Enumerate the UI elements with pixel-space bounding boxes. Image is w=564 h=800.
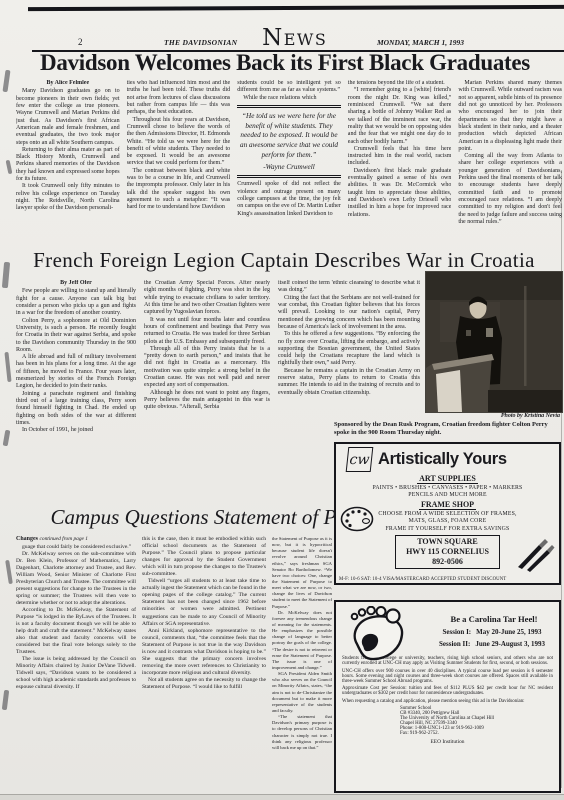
continued-from-note: Changes continued from page 1 [16,536,136,544]
paragraph: According to Dr. McKelway, the Statement… [16,607,136,656]
paragraph: Coming all the way from Atlanta to share… [458,153,562,226]
paragraph: Colton Perry, a sophomore at Old Dominio… [16,318,136,355]
article-column: this is the case, then it must be embodi… [142,536,266,794]
newspaper-page: 2 THE DAVIDSONIAN NEWS MONDAY, MARCH 1, … [0,0,564,800]
paragraph: Davidson's first black male graduate eve… [348,168,452,219]
paragraph: When requesting a catalog and applicatio… [342,699,553,704]
paragraph: Because he remains a captain in the Croa… [278,368,420,397]
article-column: By Alice Felmlee Many Davidson graduates… [16,80,120,247]
eeo-note: EEO Institution [342,739,553,745]
paragraph: Not all students agree on the necessity … [142,677,266,691]
paragraph: Although he does not want to point any f… [144,390,270,412]
tar-heel-foot-icon [343,606,409,664]
byline: By Alice Felmlee [16,80,120,87]
paragraph: the Croatian Army Special Forces. After … [144,280,270,317]
paragraph: Many Davidson graduates go on to become … [16,88,120,147]
pull-quote: “He told us we were here for the benefit… [237,105,341,178]
article-column: the Croatian Army Special Forces. After … [144,280,270,506]
monogram-text: cw [349,452,371,468]
paragraph: To this he offered a few suggestions. “B… [278,331,420,368]
ad-title: Artistically Yours [378,450,507,469]
paragraph: Few people are willing to stand up and l… [16,288,136,317]
paragraph: Citing the fact that the Serbians are no… [278,295,420,332]
cw-monogram-icon: cw [346,447,374,472]
paragraph: the Statement of Purpose as it is now, b… [272,536,332,610]
paragraph: A life abroad and full of military invol… [16,354,136,391]
paragraph: “The statement that Davidson's primary p… [272,714,332,751]
address-box: TOWN SQUARE HWY 115 CORNELIUS 892-0506 [395,535,500,569]
article-column: By Jeff Ofer Few people are willing to s… [16,280,136,506]
session-label: Session II: [439,640,470,648]
session-dates: June 29-August 3, 1993 [475,640,545,648]
paragraph: Tidwell “urges all students to at least … [142,578,266,627]
paragraph: guage that could fairly be considered ex… [16,544,136,551]
paragraph: Throughout his four years at Davidson, C… [127,117,231,168]
byline: By Jeff Ofer [16,280,136,287]
continued-label: Changes [16,536,38,542]
page-number: 2 [78,37,83,47]
ad-title: Be a Carolina Tar Heel! [430,614,558,624]
paint-brushes-icon [515,538,555,572]
phone-number: 892-0506 [406,557,489,567]
masthead: 2 THE DAVIDSONIAN NEWS MONDAY, MARCH 1, … [32,28,564,52]
article-column: Marian Perkins shared many themes with C… [458,80,562,247]
paragraph: Dr. McKelway serves on the sub-committee… [16,551,136,607]
photo-credit: Photo by Kristina Nevia [426,413,560,419]
paragraph: Returning to their alma mater as part of… [16,147,120,184]
article-black-graduates: By Alice Felmlee Many Davidson graduates… [16,80,562,247]
paragraph: Approximate Cost per Session: tuition an… [342,686,553,696]
paragraph: The issue is being addressed by the Coun… [16,656,136,691]
paragraph: Fax: 919-962-2752. [400,731,553,736]
paragraph: Marian Perkins shared many themes with C… [458,80,562,153]
paragraph: students could be so intelligent yet so … [237,80,341,95]
paragraph: UNC-CH offers over 900 courses in over 4… [342,669,553,684]
scan-artifact [3,430,11,447]
column-text: students could be so intelligent yet so … [237,80,341,102]
paragraph: SGA President Alden Smith who also serve… [272,671,332,714]
paragraph: Crumwell feels that his time here instru… [348,146,452,168]
continued-note: continued from page 1 [40,536,88,542]
paragraph: While the race relations which [237,95,341,102]
session-dates: May 20-June 25, 1993 [476,628,541,636]
ad-artistically-yours: cw Artistically Yours ART SUPPLIES PAINT… [334,442,561,585]
hours-line: M-F: 10-6 SAT: 10-4 VISA/MASTERCARD ACCE… [339,577,556,582]
address-line: TOWN SQUARE [406,537,489,547]
scan-edge-top [28,5,564,11]
article-column: the Statement of Purpose as it is now, b… [272,536,332,794]
scan-artifact [2,690,9,710]
column-text: Crumwell spoke of did not reflect the vi… [237,181,341,218]
article-column: Changes continued from page 1 guage that… [16,536,136,794]
paragraph: Through all of this Perry insists that h… [144,346,270,390]
paper-name: THE DAVIDSONIAN [164,38,237,47]
scan-artifact [5,560,13,584]
scan-artifact [4,352,11,382]
ad-unc-summer-school: Be a Carolina Tar Heel! Session I: May 2… [334,600,561,793]
session-label: Session I: [443,628,472,636]
paragraph: this is the case, then it must be embodi… [142,536,266,578]
section-title: NEWS [262,25,327,51]
session-2: Session II: June 29-August 3, 1993 [422,640,562,648]
photo-illustration [426,272,562,412]
scan-edge-bottom [0,794,564,800]
headline-legion-captain: French Foreign Legion Captain Describes … [4,248,564,273]
paragraph: “I remember going to a [white] friend's … [348,87,452,146]
session-1: Session I: May 20-June 25, 1993 [422,628,562,636]
paragraph: It was not until four months later and c… [144,317,270,346]
ad-line: PAINTS • BRUSHES • CANVASES • PAPER • MA… [341,485,554,491]
article-column: students could be so intelligent yet so … [237,80,341,247]
croatia-speaker-photo [426,272,562,412]
paragraph: In October of 1991, he joined [16,427,136,434]
paragraph: itself coined the term 'ethnic cleansing… [278,280,420,295]
paragraph: ties who had influenced him most and the… [127,80,231,117]
ad-line: PENCILS AND MUCH MORE [341,492,554,498]
photo-caption: Sponsored by the Dean Rusk Program, Croa… [334,421,562,438]
paragraph: Dr. McKelway does not foresee any tremen… [272,610,332,671]
paragraph: Anni Kirkland, sophomore representative … [142,628,266,677]
pull-quote-attribution: -Wayne Crumwell [238,163,340,173]
ad-address-block: Summer SchoolCB #3340, 200 Pettigrew Hal… [400,706,553,736]
pull-quote-text: “He told us we were here for the benefit… [238,112,340,161]
paragraph: The contrast between black and white was… [127,168,231,212]
paragraph: Crumwell spoke of did not reflect the vi… [237,181,341,218]
address-line: HWY 115 CORNELIUS [406,547,489,557]
issue-date: MONDAY, MARCH 1, 1993 [377,38,464,47]
headline-black-graduates: Davidson Welcomes Back its First Black G… [8,50,562,76]
paragraph: It took Crumwell only fifty minutes to r… [16,183,120,212]
palette-icon [340,506,374,532]
scan-artifact [6,160,13,175]
art-supplies-heading: ART SUPPLIES [341,474,554,483]
ad-header: cw Artistically Yours [347,447,554,472]
article-statement-of-purpose: Changes continued from page 1 guage that… [16,536,332,794]
article-column: ties who had influenced him most and the… [127,80,231,247]
article-column: the tensions beyond the life of a studen… [348,80,452,247]
paragraph: Joining a parachute regiment and finishi… [16,391,136,428]
